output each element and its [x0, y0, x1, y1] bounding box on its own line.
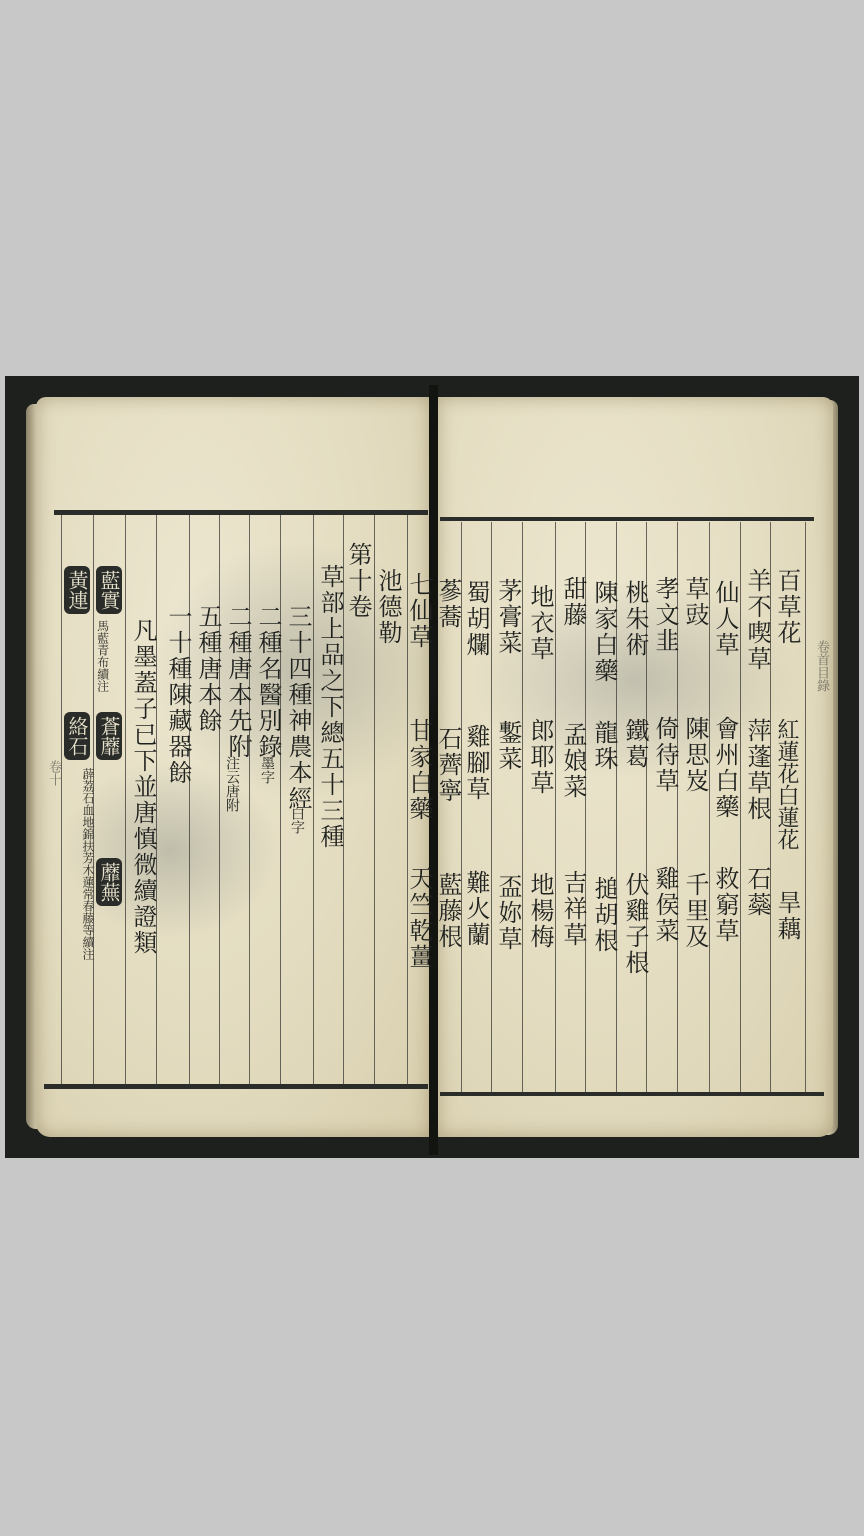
entry-top: 桃朱術 [623, 580, 647, 658]
entry-middle: 鐵葛 [623, 718, 647, 770]
section-heading: 草部上品之下總五十三種 [318, 564, 342, 850]
entry-middle: 會州白藥 [713, 716, 737, 820]
entry-top: 蔘蕎 [436, 578, 460, 630]
entry-bottom: 旱藕 [775, 890, 799, 942]
column-line [125, 515, 126, 1085]
entry-top: 甜藤 [561, 576, 585, 628]
column-line [189, 515, 190, 1085]
column-line [313, 515, 314, 1085]
entry-bottom: 救窮草 [713, 866, 737, 944]
entry-middle: 甘家白藥 [407, 718, 431, 822]
count-note: 注云唐附 [225, 756, 239, 812]
entry-bottom: 雞侯菜 [653, 866, 677, 944]
entry-middle: 紅蓮花白蓮花 [775, 718, 797, 850]
entry-top: 地衣草 [528, 584, 552, 662]
count-line: 二種名醫別錄 [256, 604, 280, 760]
column-line [491, 522, 492, 1092]
note-line: 凡墨蓋子已下並唐慎微續證類 [131, 618, 155, 956]
herb-cartouche: 蘼蕪 [96, 858, 122, 906]
entry-bottom: 伏雞子根 [623, 872, 647, 976]
entry-top: 仙人草 [713, 580, 737, 658]
margin-mark: 卷首目錄 [812, 640, 831, 692]
herb-cartouche: 黃連 [64, 566, 90, 614]
herb-cartouche: 絡石 [64, 712, 90, 760]
cartouche-gloss: 馬藍青布續注 [96, 620, 109, 692]
entry-bottom: 藍藤根 [436, 872, 460, 950]
entry-bottom: 盃妳草 [496, 874, 520, 952]
entry-top: 羊不喫草 [745, 568, 769, 672]
entry-top: 孝文韭 [653, 576, 677, 654]
count-note: 墨字 [260, 756, 274, 784]
herb-cartouche: 藍實 [96, 566, 122, 614]
entry-middle: 孟娘菜 [561, 722, 585, 800]
entry-bottom: 千里及 [683, 872, 707, 950]
entry-bottom: 天竺乾薑 [407, 866, 431, 970]
count-line: 二種唐本先附 [226, 604, 250, 760]
entry-middle: 萍蓬草根 [745, 718, 769, 822]
count-line: 五種唐本餘 [196, 604, 220, 734]
column-line [280, 515, 281, 1085]
column-line [249, 515, 250, 1085]
column-line [805, 522, 806, 1092]
entry-middle: 石薺寧 [436, 726, 460, 804]
top-border-rule-left [54, 510, 428, 515]
column-line [219, 515, 220, 1085]
cartouche-gloss: 薜荔石血地錦扶芳木蓮常春藤等續注 [64, 768, 94, 978]
column-line [709, 522, 710, 1092]
volume-title: 第十卷 [346, 542, 370, 620]
entry-top: 茅膏菜 [496, 578, 520, 656]
entry-bottom: 石蘂 [745, 866, 769, 918]
entry-middle: 陳思岌 [683, 716, 707, 794]
count-line: 三十四種神農本經 [286, 604, 310, 812]
entry-bottom: 地楊梅 [528, 872, 552, 950]
entry-top: 蜀胡爛 [464, 580, 488, 658]
count-line: 一十種陳藏器餘 [166, 604, 190, 786]
entry-top: 草豉 [683, 576, 707, 628]
entry-middle: 郎耶草 [528, 718, 552, 796]
entry-bottom: 吉祥草 [561, 870, 585, 948]
herb-cartouche: 蒼蘼 [96, 712, 122, 760]
margin-mark: 卷十 [44, 760, 63, 786]
entry-top: 陳家白藥 [592, 580, 616, 684]
entry-bottom: 搥胡根 [592, 876, 616, 954]
bottom-border-rule-left [44, 1084, 428, 1089]
entry-middle: 雞腳草 [464, 724, 488, 802]
top-border-rule-right [440, 517, 814, 521]
column-line [740, 522, 741, 1092]
entry-middle: 鏨菜 [496, 720, 520, 772]
column-line [61, 515, 62, 1085]
entry-middle: 倚待草 [653, 716, 677, 794]
count-note: 白字 [290, 806, 304, 834]
column-line [522, 522, 523, 1092]
entry-bottom: 難火蘭 [464, 870, 488, 948]
entry-top: 七仙草 [407, 572, 431, 650]
entry: 池德勒 [376, 568, 400, 646]
bottom-border-rule-right [440, 1092, 824, 1096]
entry-top: 百草花 [775, 568, 799, 646]
entry-middle: 龍珠 [592, 720, 616, 772]
column-line [555, 522, 556, 1092]
